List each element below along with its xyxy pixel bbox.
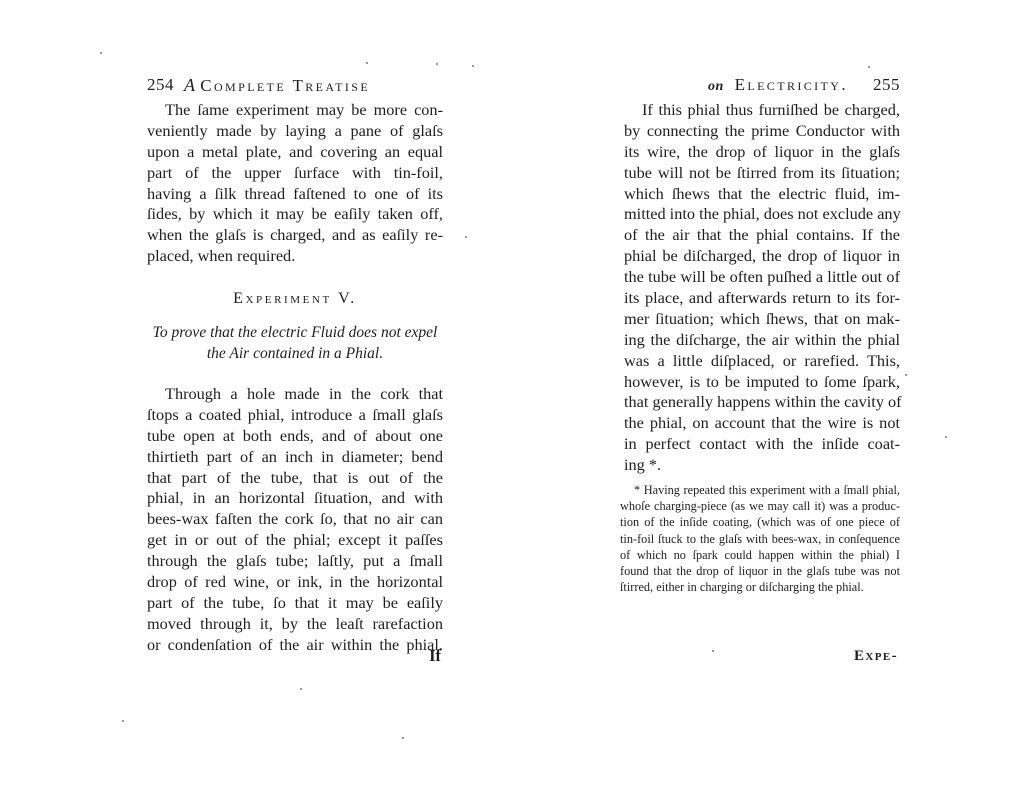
text-line: or condenſation of the air within the ph…: [147, 635, 443, 656]
catchword: If: [429, 646, 441, 666]
paragraph-through-a-hole: Through a hole made in the cork that ſto…: [147, 384, 443, 656]
text-line: which ſhews that the electric fluid, im-: [624, 184, 900, 205]
running-head-right: on Electricity. 255: [624, 75, 900, 97]
running-title-text: Electricity.: [735, 75, 848, 94]
scan-speck: [300, 688, 302, 690]
footnote-line: tion of the inſide coating, (which was o…: [620, 514, 900, 530]
text-line: moved through it, by the leaſt rarefacti…: [147, 614, 443, 635]
text-line: its wire, the drop of liquor in the glaſ…: [624, 142, 900, 163]
scan-speck: [465, 236, 467, 238]
text-line: the tube will be often puſhed a little o…: [624, 267, 900, 288]
text-line: ing the diſcharge, the air within the ph…: [624, 330, 900, 351]
scan-speck: [122, 720, 124, 722]
text-line: by connecting the prime Conductor with: [624, 121, 900, 142]
text-line: placed, when required.: [147, 246, 443, 267]
footnote-line: * Having repeated this experiment with a…: [620, 482, 900, 498]
scan-speck: [436, 63, 438, 65]
text-line: ing *.: [624, 455, 900, 476]
text-line: having a ſilk thread faſtened to one of …: [147, 184, 443, 205]
page-number: 255: [873, 75, 900, 95]
text-line: bees-wax faſten the cork ſo, that no air…: [147, 509, 443, 530]
text-line: mer ſituation; which ſhews, that on mak-: [624, 309, 900, 330]
footnote-line: ſtirred, either in charging or diſchargi…: [620, 579, 900, 595]
scan-speck: [868, 66, 870, 68]
footnote-line: whoſe charging-piece (as we may call it)…: [620, 498, 900, 514]
text-line: of the air that the phial contains. If t…: [624, 225, 900, 246]
running-title-prefix: on: [708, 79, 724, 94]
text-line: mitted into the phial, does not exclude …: [624, 204, 900, 225]
running-title: A Complete Treatise: [184, 75, 370, 96]
text-line: however, is to be imputed to ſome ſpark,: [624, 372, 900, 393]
text-line: thirtieth part of an inch in diameter; b…: [147, 447, 443, 468]
scan-speck: [472, 65, 474, 67]
text-line: drop of red wine, or ink, in the horizon…: [147, 572, 443, 593]
text-line: tube open at both ends, and of about one: [147, 426, 443, 447]
text-line: ſtops a coated phial, introduce a ſmall …: [147, 405, 443, 426]
scan-speck: [905, 374, 907, 376]
text-line: through the glaſs tube; laſtly, put a ſm…: [147, 551, 443, 572]
footnote: * Having repeated this experiment with a…: [620, 482, 900, 595]
footnote-line: of which no ſpark could happen within th…: [620, 547, 900, 563]
scan-speck: [366, 62, 368, 64]
text-line: veniently made by laying a pane of glaſs: [147, 121, 443, 142]
text-line: get in or out of the phial; except it pa…: [147, 530, 443, 551]
text-line: Through a hole made in the cork that: [147, 384, 443, 405]
text-line: when the glaſs is charged, and as eaſily…: [147, 225, 443, 246]
running-title-text: Complete Treatise: [200, 76, 370, 95]
left-page-254: 254 A Complete Treatise The ſame experim…: [147, 0, 443, 791]
footnote-line: found that the drop of liquor in the gla…: [620, 563, 900, 579]
scan-speck: [100, 52, 102, 54]
text-line: phial be diſcharged, the drop of liquor …: [624, 246, 900, 267]
running-title-initial: A: [184, 75, 196, 95]
text-line: its place, and afterwards return to its …: [624, 288, 900, 309]
scan-speck: [712, 650, 714, 652]
text-line: upon a metal plate, and covering an equa…: [147, 142, 443, 163]
scan-speck: [945, 436, 947, 438]
text-line: the phial, on account that the wire is n…: [624, 413, 900, 434]
scan-speck: [402, 737, 404, 739]
experiment-heading: Experiment V.: [147, 290, 443, 308]
subtitle-line: To prove that the electric Fluid does no…: [147, 322, 443, 343]
running-title: on Electricity.: [708, 75, 848, 95]
text-line: that generally happens within the cavity…: [624, 392, 900, 413]
text-line: in perfect contact with the inſide coat-: [624, 434, 900, 455]
subtitle-line: the Air contained in a Phial.: [147, 343, 443, 364]
text-line: was a little diſplaced, or rarefied. Thi…: [624, 351, 900, 372]
text-line: If this phial thus furniſhed be charged,: [624, 100, 900, 121]
running-head-left: 254 A Complete Treatise: [147, 75, 443, 97]
text-line: tube will not be ſtirred from its ſituat…: [624, 163, 900, 184]
text-line: part of the upper ſurface with tin-foil,: [147, 163, 443, 184]
page-number: 254: [147, 75, 174, 95]
catchword: Expe-: [854, 648, 898, 665]
text-line: part of the tube, ſo that it may be eaſi…: [147, 593, 443, 614]
footnote-line: tin-foil ſtuck to the glaſs with bees-wa…: [620, 531, 900, 547]
text-line: The ſame experiment may be more con-: [147, 100, 443, 121]
experiment-subtitle: To prove that the electric Fluid does no…: [147, 322, 443, 364]
text-line: phial, in an horizontal ſituation, and w…: [147, 488, 443, 509]
text-line: ſides, by which it may be eaſily taken o…: [147, 204, 443, 225]
paragraph-tin-foil: The ſame experiment may be more con- ven…: [147, 100, 443, 267]
paragraph-phial-charged: If this phial thus furniſhed be charged,…: [624, 100, 900, 476]
text-line: that part of the tube, that is out of th…: [147, 468, 443, 489]
right-page-255: on Electricity. 255 If this phial thus f…: [624, 0, 900, 791]
